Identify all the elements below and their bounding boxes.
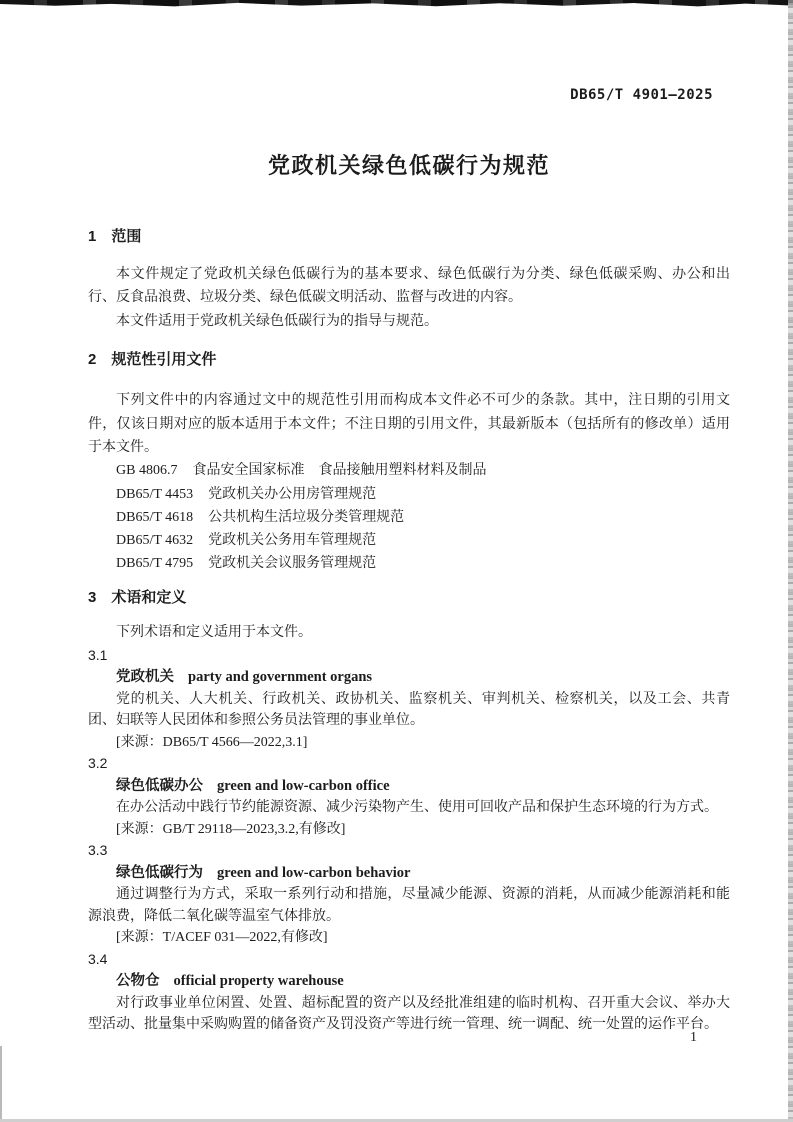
term-zh: 绿色低碳办公 bbox=[116, 778, 203, 794]
reference-code: DB65/T 4632 bbox=[116, 533, 193, 548]
term-number: 3.1 bbox=[88, 645, 730, 667]
term-name: 公物仓official property warehouse bbox=[88, 970, 730, 993]
document-page: DB65/T 4901—2025 党政机关绿色低碳行为规范 1范围 本文件规定了… bbox=[0, 0, 793, 1122]
section-2-number: 2 bbox=[88, 351, 96, 368]
term-definition: 在办公活动中践行节约能源资源、减少污染物产生、使用可回收产品和保护生态环境的行为… bbox=[88, 797, 730, 819]
reference-item: DB65/T 4632党政机关公务用车管理规范 bbox=[88, 529, 730, 552]
section-1-title: 范围 bbox=[111, 228, 141, 245]
section-1-paragraph: 本文件规定了党政机关绿色低碳行为的基本要求、绿色低碳行为分类、绿色低碳采购、办公… bbox=[88, 263, 730, 310]
reference-code: GB 4806.7 bbox=[116, 463, 177, 478]
section-1-paragraph: 本文件适用于党政机关绿色低碳行为的指导与规范。 bbox=[88, 310, 730, 333]
term-en: green and low-carbon behavior bbox=[217, 865, 410, 881]
term-en: party and government organs bbox=[188, 669, 372, 685]
scan-edge-left bbox=[0, 1046, 2, 1122]
term-en: official property warehouse bbox=[174, 973, 344, 989]
terms-and-definitions: 3.1 党政机关party and government organs 党的机关… bbox=[88, 645, 730, 1036]
term-zh: 公物仓 bbox=[116, 973, 160, 989]
reference-title: 党政机关会议服务管理规范 bbox=[208, 556, 376, 571]
term-definition: 党的机关、人大机关、行政机关、政协机关、监察机关、审判机关、检察机关，以及工会、… bbox=[88, 689, 730, 732]
reference-code: DB65/T 4453 bbox=[116, 487, 193, 502]
term-definition: 通过调整行为方式，采取一系列行动和措施，尽量减少能源、资源的消耗，从而减少能源消… bbox=[88, 884, 730, 927]
section-2-paragraph: 下列文件中的内容通过文中的规范性引用而构成本文件必不可少的条款。其中，注日期的引… bbox=[88, 389, 730, 459]
section-1-number: 1 bbox=[88, 228, 96, 245]
reference-item: DB65/T 4453党政机关办公用房管理规范 bbox=[88, 483, 730, 506]
reference-title: 党政机关办公用房管理规范 bbox=[208, 487, 376, 502]
term-en: green and low-carbon office bbox=[217, 778, 390, 794]
reference-code: DB65/T 4795 bbox=[116, 556, 193, 571]
term-zh: 绿色低碳行为 bbox=[116, 865, 203, 881]
section-3-paragraph: 下列术语和定义适用于本文件。 bbox=[88, 621, 730, 644]
term-zh: 党政机关 bbox=[116, 669, 174, 685]
section-2-title: 规范性引用文件 bbox=[111, 351, 216, 368]
term-number: 3.2 bbox=[88, 753, 730, 775]
section-1-heading: 1范围 bbox=[88, 228, 730, 246]
page-number: 1 bbox=[690, 1030, 697, 1046]
section-3-heading: 3术语和定义 bbox=[88, 589, 730, 607]
term-source: [来源：T/ACEF 031—2022,有修改] bbox=[88, 927, 730, 949]
reference-title: 党政机关公务用车管理规范 bbox=[208, 533, 376, 548]
section-2-heading: 2规范性引用文件 bbox=[88, 351, 730, 369]
term-definition: 对行政事业单位闲置、处置、超标配置的资产以及经批准组建的临时机构、召开重大会议、… bbox=[88, 993, 730, 1036]
term-number: 3.3 bbox=[88, 840, 730, 862]
term-name: 党政机关party and government organs bbox=[88, 666, 730, 689]
term-number: 3.4 bbox=[88, 949, 730, 971]
page-content: DB65/T 4901—2025 党政机关绿色低碳行为规范 1范围 本文件规定了… bbox=[0, 0, 793, 1036]
reference-code: DB65/T 4618 bbox=[116, 510, 193, 525]
scan-edge-right bbox=[788, 0, 793, 1122]
term-name: 绿色低碳办公green and low-carbon office bbox=[88, 775, 730, 798]
document-title: 党政机关绿色低碳行为规范 bbox=[88, 149, 730, 180]
reference-title: 公共机构生活垃圾分类管理规范 bbox=[208, 510, 404, 525]
term-source: [来源：GB/T 29118—2023,3.2,有修改] bbox=[88, 819, 730, 841]
reference-title: 食品安全国家标准 食品接触用塑料材料及制品 bbox=[192, 463, 486, 478]
reference-item: DB65/T 4618公共机构生活垃圾分类管理规范 bbox=[88, 506, 730, 529]
normative-reference-list: GB 4806.7食品安全国家标准 食品接触用塑料材料及制品 DB65/T 44… bbox=[88, 459, 730, 575]
standard-code: DB65/T 4901—2025 bbox=[88, 87, 730, 103]
term-source: [来源：DB65/T 4566—2022,3.1] bbox=[88, 732, 730, 754]
section-3-number: 3 bbox=[88, 589, 96, 606]
reference-item: DB65/T 4795党政机关会议服务管理规范 bbox=[88, 552, 730, 575]
term-name: 绿色低碳行为green and low-carbon behavior bbox=[88, 862, 730, 885]
reference-item: GB 4806.7食品安全国家标准 食品接触用塑料材料及制品 bbox=[88, 459, 730, 482]
section-3-title: 术语和定义 bbox=[111, 589, 186, 606]
